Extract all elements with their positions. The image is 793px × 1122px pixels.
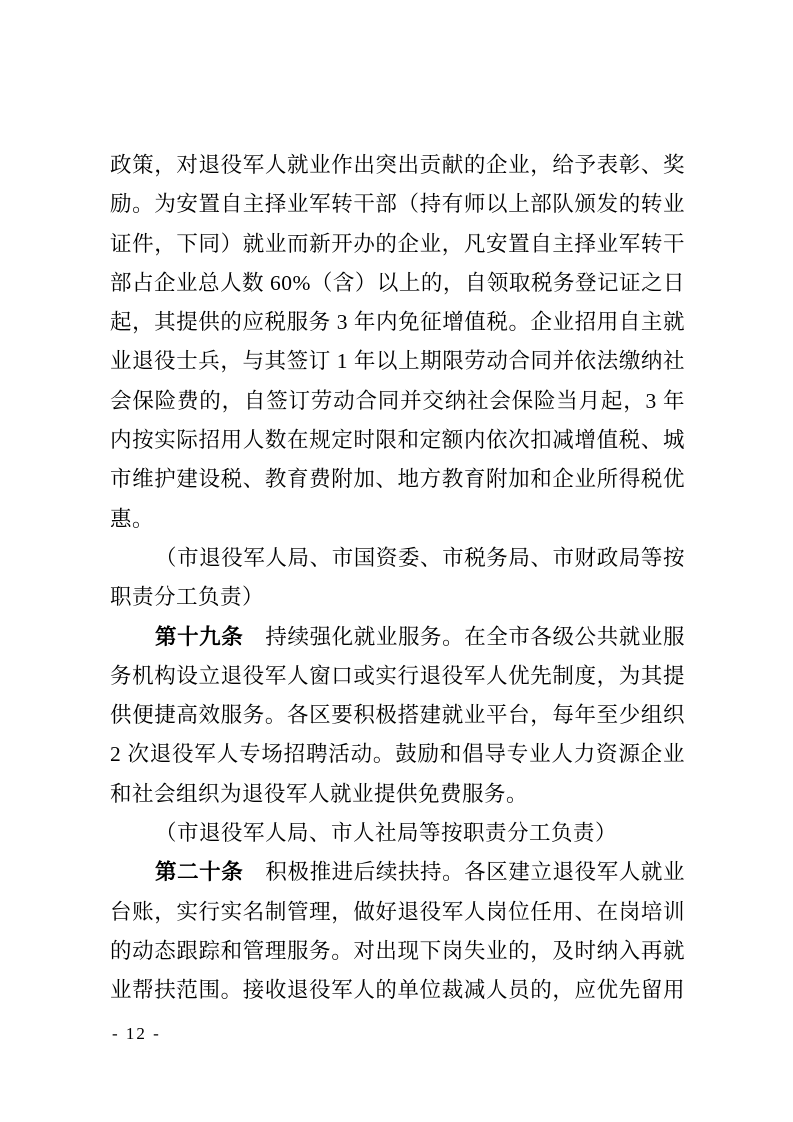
- text-line: 惠。: [110, 500, 685, 539]
- text-line: 起，其提供的应税服务 3 年内免征增值税。企业招用自主就: [110, 303, 685, 342]
- article-number: 第二十条: [155, 860, 243, 884]
- text-line: 务机构设立退役军人窗口或实行退役军人优先制度，为其提: [110, 657, 685, 696]
- document-page: 政策，对退役军人就业作出突出贡献的企业，给予表彰、奖 励。为安置自主择业军转干部…: [0, 0, 793, 1122]
- text-line: 政策，对退役军人就业作出突出贡献的企业，给予表彰、奖: [110, 146, 685, 185]
- text-line: 会保险费的，自签订劳动合同并交纳社会保险当月起，3 年: [110, 382, 685, 421]
- article-text: 持续强化就业服务。在全市各级公共就业服: [243, 625, 685, 649]
- text-line: 业帮扶范围。接收退役军人的单位裁减人员的，应优先留用: [110, 971, 685, 1010]
- document-body: 政策，对退役军人就业作出突出贡献的企业，给予表彰、奖 励。为安置自主择业军转干部…: [110, 146, 685, 1011]
- text-line: 2 次退役军人专场招聘活动。鼓励和倡导专业人力资源企业: [110, 735, 685, 774]
- text-line: 和社会组织为退役军人就业提供免费服务。: [110, 775, 685, 814]
- text-line: 励。为安置自主择业军转干部（持有师以上部队颁发的转业: [110, 185, 685, 224]
- article-heading-line: 第十九条 持续强化就业服务。在全市各级公共就业服: [110, 618, 685, 657]
- text-line: 业退役士兵，与其签订 1 年以上期限劳动合同并依法缴纳社: [110, 342, 685, 381]
- article-number: 第十九条: [155, 625, 243, 649]
- article-text: 积极推进后续扶持。各区建立退役军人就业: [243, 860, 685, 884]
- page-number: - 12 -: [112, 1024, 161, 1044]
- text-line: 内按实际招用人数在规定时限和定额内依次扣减增值税、城: [110, 421, 685, 460]
- text-line: 台账，实行实名制管理，做好退役军人岗位任用、在岗培训: [110, 893, 685, 932]
- text-line: 市维护建设税、教育费附加、地方教育附加和企业所得税优: [110, 460, 685, 499]
- text-line: 部占企业总人数 60%（含）以上的，自领取税务登记证之日: [110, 264, 685, 303]
- text-line: 供便捷高效服务。各区要积极搭建就业平台，每年至少组织: [110, 696, 685, 735]
- responsibility-note-line: 职责分工负责）: [110, 578, 685, 617]
- text-line: 的动态跟踪和管理服务。对出现下岗失业的，及时纳入再就: [110, 932, 685, 971]
- text-line: 证件，下同）就业而新开办的企业，凡安置自主择业军转干: [110, 225, 685, 264]
- responsibility-note-line: （市退役军人局、市人社局等按职责分工负责）: [110, 814, 685, 853]
- responsibility-note-line: （市退役军人局、市国资委、市税务局、市财政局等按: [110, 539, 685, 578]
- article-heading-line: 第二十条 积极推进后续扶持。各区建立退役军人就业: [110, 853, 685, 892]
